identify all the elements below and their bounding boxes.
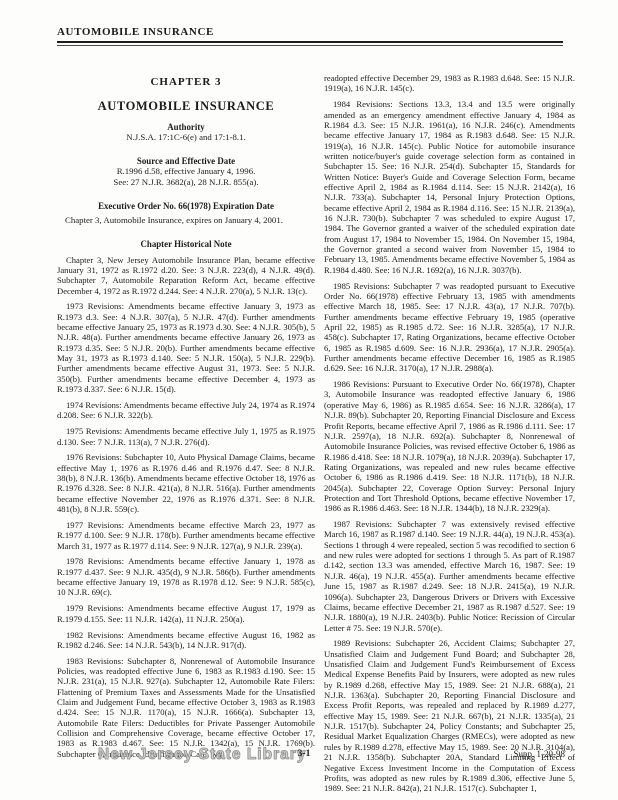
historical-paragraph-intro: Chapter 3, New Jersey Automobile Insuran… [57,255,315,296]
library-stamp: New Jersey State Library [98,746,306,764]
two-column-body: CHAPTER 3 AUTOMOBILE INSURANCE Authority… [57,70,575,794]
page-number: 3-1 [284,749,324,759]
authority-heading: Authority [57,122,315,132]
source-effective-date-heading: Source and Effective Date [57,156,315,166]
historical-paragraph-1983-continued: readopted effective December 29, 1983 as… [324,73,575,94]
historical-paragraph-1975: 1975 Revisions: Amendments became effect… [57,426,315,447]
historical-paragraph-1987: 1987 Revisions: Subchapter 7 was extensi… [324,519,575,633]
supplement-date: Supp. 1-20-98 [514,749,566,759]
document-page: AUTOMOBILE INSURANCE CHAPTER 3 AUTOMOBIL… [0,0,618,800]
running-header-title: AUTOMOBILE INSURANCE [57,26,563,38]
historical-paragraph-1974: 1974 Revisions: Amendments became effect… [57,400,315,421]
historical-paragraph-1978: 1978 Revisions: Amendments became effect… [57,556,315,597]
expiration-line: Chapter 3, Automobile Insurance, expires… [57,215,315,226]
expiration-date-heading: Executive Order No. 66(1978) Expiration … [57,201,315,211]
chapter-title-heading: AUTOMOBILE INSURANCE [57,99,315,114]
source-line: R.1996 d.58, effective January 4, 1996. [57,166,315,177]
right-column: readopted effective December 29, 1983 as… [324,70,575,794]
historical-paragraph-1986: 1986 Revisions: Pursuant to Executive Or… [324,379,575,513]
left-column: CHAPTER 3 AUTOMOBILE INSURANCE Authority… [57,70,315,794]
historical-paragraph-1976: 1976 Revisions: Subchapter 10, Auto Phys… [57,452,315,514]
historical-note-heading: Chapter Historical Note [57,239,315,249]
source-see-line: See: 27 N.J.R. 3682(a), 28 N.J.R. 855(a)… [57,177,315,188]
page-footer: New Jersey State Library 3-1 Supp. 1-20-… [0,743,618,773]
historical-paragraph-1984: 1984 Revisions: Sections 13.3, 13.4 and … [324,99,575,275]
historical-paragraph-1985: 1985 Revisions: Subchapter 7 was readopt… [324,281,575,374]
authority-citation: N.J.S.A. 17:1C-6(e) and 17:1-8.1. [57,132,315,143]
historical-paragraph-1982: 1982 Revisions: Amendments became effect… [57,630,315,651]
chapter-number-heading: CHAPTER 3 [57,76,315,88]
running-header: AUTOMOBILE INSURANCE [57,26,563,46]
historical-paragraph-1973: 1973 Revisions: Amendments became effect… [57,301,315,394]
header-rule [57,41,563,46]
historical-paragraph-1979: 1979 Revisions: Amendments became effect… [57,603,315,624]
historical-paragraph-1977: 1977 Revisions: Amendments became effect… [57,520,315,551]
